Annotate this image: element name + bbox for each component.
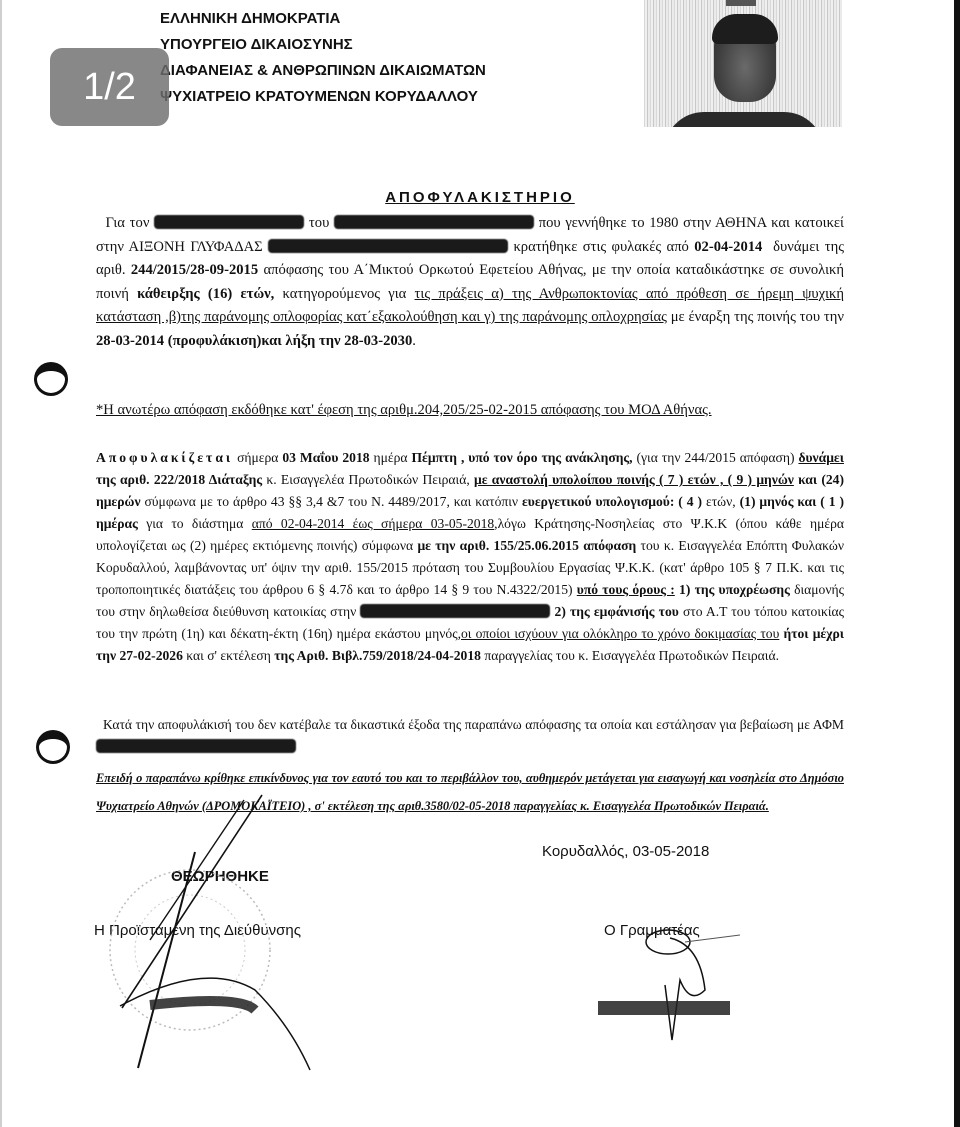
photo-tag (726, 0, 756, 6)
release-lead: Αποφυλακίζεται (96, 450, 233, 465)
id-photo (644, 0, 842, 127)
text: και σ' εκτέλεση (186, 648, 271, 663)
letterhead-line: ΕΛΛΗΝΙΚΗ ΔΗΜΟΚΡΑΤΙΑ (160, 6, 486, 32)
note-appeal: *Η ανωτέρω απόφαση εκδόθηκε κατ' έφεση τ… (96, 399, 844, 423)
signatory-right: Ο Γραμματέας (604, 922, 700, 939)
letterhead: ΕΛΛΗΝΙΚΗ ΔΗΜΟΚΡΑΤΙΑ ΥΠΟΥΡΓΕΙΟ ΔΙΚΑΙΟΣΥΝΗ… (160, 6, 486, 110)
text: κατηγορούμενος για (283, 286, 407, 302)
paragraph-transfer: Επειδή ο παραπάνω κρίθηκε επικίνδυνος γι… (96, 764, 844, 820)
text: κ. Εισαγγελέα Πρωτοδικών Πειραιά, (266, 472, 469, 487)
condition-2: 2) της εμφάνισής του (555, 604, 679, 619)
place-date: Κορυδαλλός, 03-05-2018 (542, 843, 709, 860)
page-edge-left (0, 0, 2, 1127)
photo-shoulders (664, 112, 824, 127)
sentence-period: 28-03-2014 (προφυλάκιση)και λήξη την 28-… (96, 333, 412, 349)
text: που γεννήθηκε το 1980 στην ΑΘΗΝΑ (539, 215, 767, 231)
text: οι οποίοι ισχύουν για ολόκληρο το χρόνο … (461, 626, 779, 641)
decision-number: 244/2015/28-09-2015 (131, 262, 258, 278)
paragraph-release: Αποφυλακίζεται σήμερα 03 Μαΐου 2018 ημέρ… (96, 447, 844, 667)
page-counter-badge: 1/2 (50, 48, 169, 126)
signatory-left: Η Προϊσταμένη της Διεύθυνσης (94, 922, 301, 939)
punch-hole (34, 362, 68, 396)
release-day: Πέμπτη , υπό τον όρο της ανάκλησης, (411, 450, 632, 465)
text: σήμερα (237, 450, 278, 465)
official-stamp (110, 870, 270, 1030)
text: ετών, (706, 494, 736, 509)
redacted-residence (360, 604, 550, 618)
text: κρατήθηκε στις φυλακές από (513, 239, 688, 255)
text: σύμφωνα με το άρθρο 43 §§ 3,4 &7 του Ν. … (144, 494, 518, 509)
text: Για τον (105, 215, 149, 231)
document-title: ΑΠΟΦΥΛΑΚΙΣΤΗΡΙΟ (0, 189, 960, 206)
transfer-note: Επειδή ο παραπάνω κρίθηκε επικίνδυνος γι… (96, 771, 844, 813)
text: παραγγελίας του κ. Εισαγγελέα Πρωτοδικών… (484, 648, 779, 663)
punct: . (412, 333, 416, 349)
period: από 02-04-2014 έως σήμερα 03-05-2018 (252, 516, 494, 531)
paragraph-costs: Κατά την αποφυλάκισή του δεν κατέβαλε τα… (96, 714, 844, 758)
text: Κατά την αποφυλάκισή του δεν κατέβαλε τα… (103, 717, 844, 732)
redacted-name (154, 215, 304, 229)
letterhead-line: ΔΙΑΦΑΝΕΙΑΣ & ΑΝΘΡΩΠΙΝΩΝ ΔΙΚΑΙΩΜΑΤΩΝ (160, 58, 486, 84)
condition-1: 1) της υποχρέωσης (679, 582, 790, 597)
page-edge-right (954, 0, 960, 1127)
redacted-tax-id (96, 739, 296, 753)
text: με έναρξη της ποινής του την (671, 309, 844, 325)
text: ευεργετικού υπολογισμού: ( 4 ) (522, 494, 702, 509)
photo-hair (712, 14, 778, 44)
release-date: 03 Μαΐου 2018 (282, 450, 369, 465)
suspension: με αναστολή υπολοίπου ποινής ( 7 ) ετών … (474, 472, 794, 487)
text: του (309, 215, 329, 231)
detention-date: 02-04-2014 (694, 239, 762, 255)
punch-hole (36, 730, 70, 764)
letterhead-line: ΥΠΟΥΡΓΕΙΟ ΔΙΚΑΙΟΣΥΝΗΣ (160, 32, 486, 58)
text: ημέρα (374, 450, 408, 465)
redacted-father-name (334, 215, 534, 229)
text: με την αριθ. 155/25.06.2015 απόφαση (417, 538, 636, 553)
text: (για την 244/2015 απόφαση) (637, 450, 795, 465)
stamp-label: ΘΕΩΡΗΘΗΚΕ (171, 868, 269, 885)
sentence: κάθειρξης (16) ετών, (137, 286, 274, 302)
order-number: της αριθ. 222/2018 Διάταξης (96, 472, 262, 487)
redacted-address (268, 239, 508, 253)
text: δυνάμει (798, 450, 844, 465)
conditions-label: υπό τους όρους : (577, 582, 675, 597)
letterhead-line: ΨΥΧΙΑΤΡΕΙΟ ΚΡΑΤΟΥΜΕΝΩΝ ΚΟΡΥΔΑΛΛΟΥ (160, 84, 486, 110)
paragraph-detention: Για τον του που γεννήθηκε το 1980 στην Α… (96, 212, 844, 353)
order-ref: της Αριθ. Βιβλ.759/2018/24-04-2018 (274, 648, 481, 663)
text: για το διάστημα (146, 516, 243, 531)
appeal-note: *Η ανωτέρω απόφαση εκδόθηκε κατ' έφεση τ… (96, 402, 712, 418)
